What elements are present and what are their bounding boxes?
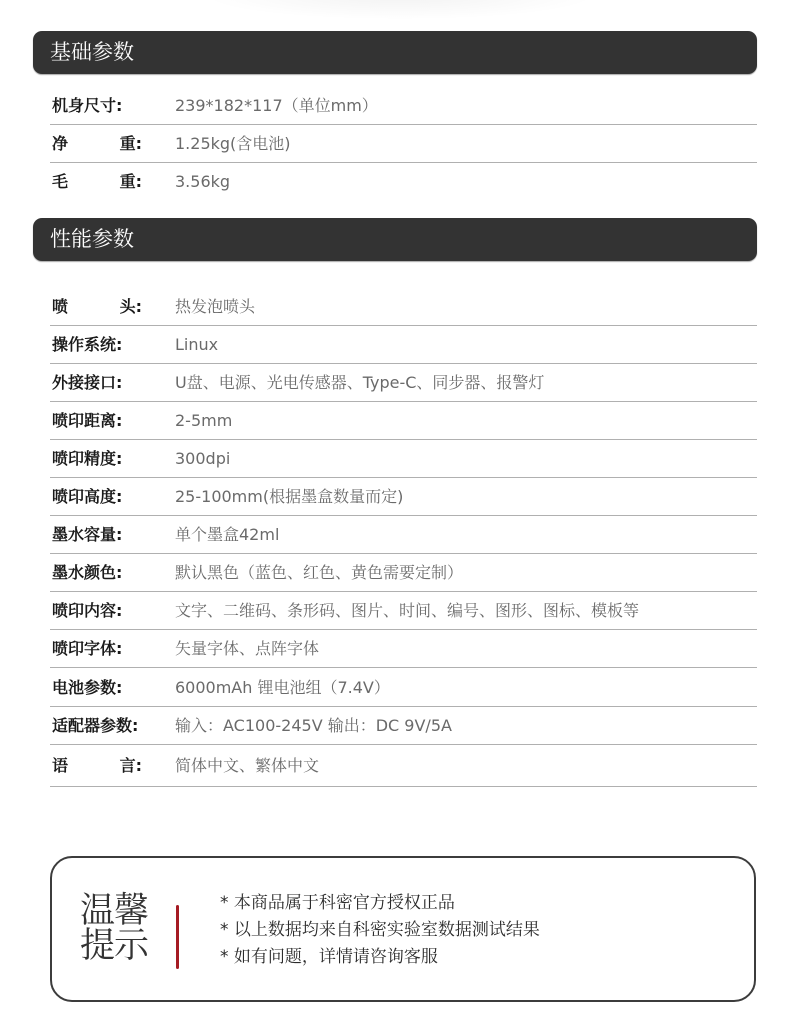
- spec-value: 3.56kg: [175, 163, 230, 201]
- spec-value: 默认黑色（蓝色、红色、黄色需要定制）: [175, 554, 463, 592]
- spec-value: 239*182*117（单位mm）: [175, 87, 378, 125]
- spec-label: 喷印字体:: [52, 630, 172, 668]
- spec-row-gross-weight: 毛 重: 3.56kg: [50, 163, 757, 201]
- spec-row-adapter: 适配器参数: 输入：AC100-245V 输出：DC 9V/5A: [50, 707, 757, 745]
- spec-label: 毛 重:: [52, 163, 142, 201]
- tips-list: * 本商品属于科密官方授权正品 * 以上数据均来自科密实验室数据测试结果 * 如…: [220, 890, 540, 971]
- spec-label: 净 重:: [52, 125, 142, 163]
- spec-label: 喷印距离:: [52, 402, 172, 440]
- accent-bar: [176, 905, 179, 969]
- label-char: 言:: [120, 747, 142, 785]
- spec-value: 输入：AC100-245V 输出：DC 9V/5A: [175, 707, 452, 745]
- tip-item: * 如有问题，详情请咨询客服: [220, 944, 540, 971]
- row-divider: [50, 786, 757, 787]
- top-decorative-shadow: [200, 0, 600, 20]
- label-char: 喷: [52, 288, 68, 326]
- warm-tips-title: 温馨 提示: [80, 894, 170, 964]
- spec-row-print-resolution: 喷印精度: 300dpi: [50, 440, 757, 478]
- spec-label: 喷印内容:: [52, 592, 172, 630]
- spec-value: 单个墨盒42ml: [175, 516, 279, 554]
- spec-row-interfaces: 外接接口: U盘、电源、光电传感器、Type-C、同步器、报警灯: [50, 364, 757, 402]
- spec-row-language: 语 言: 简体中文、繁体中文: [50, 747, 757, 787]
- spec-label: 操作系统:: [52, 326, 172, 364]
- spec-value: 1.25kg(含电池): [175, 125, 291, 163]
- spec-value: 简体中文、繁体中文: [175, 747, 319, 785]
- spec-row-ink-color: 墨水颜色: 默认黑色（蓝色、红色、黄色需要定制）: [50, 554, 757, 592]
- spec-row-nozzle: 喷 头: 热发泡喷头: [50, 288, 757, 326]
- warm-tips-title-line1: 温馨: [80, 894, 170, 929]
- spec-label: 喷印高度:: [52, 478, 172, 516]
- label-char: 语: [52, 747, 68, 785]
- warm-tips-box: 温馨 提示 * 本商品属于科密官方授权正品 * 以上数据均来自科密实验室数据测试…: [50, 856, 756, 1002]
- spec-value: 25-100mm(根据墨盒数量而定): [175, 478, 403, 516]
- spec-label: 外接接口:: [52, 364, 172, 402]
- row-divider: [50, 667, 757, 668]
- spec-value: 2-5mm: [175, 402, 232, 440]
- spec-label: 喷印精度:: [52, 440, 172, 478]
- spec-label: 语 言:: [52, 747, 142, 785]
- spec-value: 300dpi: [175, 440, 230, 478]
- spec-row-net-weight: 净 重: 1.25kg(含电池): [50, 125, 757, 163]
- spec-row-battery: 电池参数: 6000mAh 锂电池组（7.4V）: [50, 669, 757, 707]
- section-header-performance-params: 性能参数: [33, 218, 757, 261]
- spec-value: 矢量字体、点阵字体: [175, 630, 319, 668]
- spec-row-print-content: 喷印内容: 文字、二维码、条形码、图片、时间、编号、图形、图标、模板等: [50, 592, 757, 630]
- spec-row-os: 操作系统: Linux: [50, 326, 757, 364]
- spec-row-print-height: 喷印高度: 25-100mm(根据墨盒数量而定): [50, 478, 757, 516]
- row-divider: [50, 744, 757, 745]
- spec-label: 喷 头:: [52, 288, 142, 326]
- label-char: 头:: [120, 288, 142, 326]
- label-char: 净: [52, 125, 68, 163]
- spec-row-print-font: 喷印字体: 矢量字体、点阵字体: [50, 630, 757, 668]
- tip-item: * 以上数据均来自科密实验室数据测试结果: [220, 917, 540, 944]
- spec-label: 电池参数:: [52, 669, 172, 707]
- warm-tips-title-line2: 提示: [80, 929, 170, 964]
- spec-value: 文字、二维码、条形码、图片、时间、编号、图形、图标、模板等: [175, 592, 639, 630]
- spec-value: U盘、电源、光电传感器、Type-C、同步器、报警灯: [175, 364, 544, 402]
- label-char: 毛: [52, 163, 68, 201]
- spec-value: 6000mAh 锂电池组（7.4V）: [175, 669, 390, 707]
- spec-value: Linux: [175, 326, 218, 364]
- section-title: 基础参数: [50, 31, 134, 74]
- spec-row-print-distance: 喷印距离: 2-5mm: [50, 402, 757, 440]
- label-char: 重:: [120, 125, 142, 163]
- tip-item: * 本商品属于科密官方授权正品: [220, 890, 540, 917]
- spec-label: 墨水颜色:: [52, 554, 172, 592]
- section-header-basic-params: 基础参数: [33, 31, 757, 74]
- spec-row-dimensions: 机身尺寸: 239*182*117（单位mm）: [50, 87, 757, 125]
- section-title: 性能参数: [50, 218, 134, 261]
- spec-row-ink-capacity: 墨水容量: 单个墨盒42ml: [50, 516, 757, 554]
- spec-value: 热发泡喷头: [175, 288, 255, 326]
- spec-label: 墨水容量:: [52, 516, 172, 554]
- spec-label: 机身尺寸:: [52, 87, 172, 125]
- spec-label: 适配器参数:: [52, 707, 172, 745]
- label-char: 重:: [120, 163, 142, 201]
